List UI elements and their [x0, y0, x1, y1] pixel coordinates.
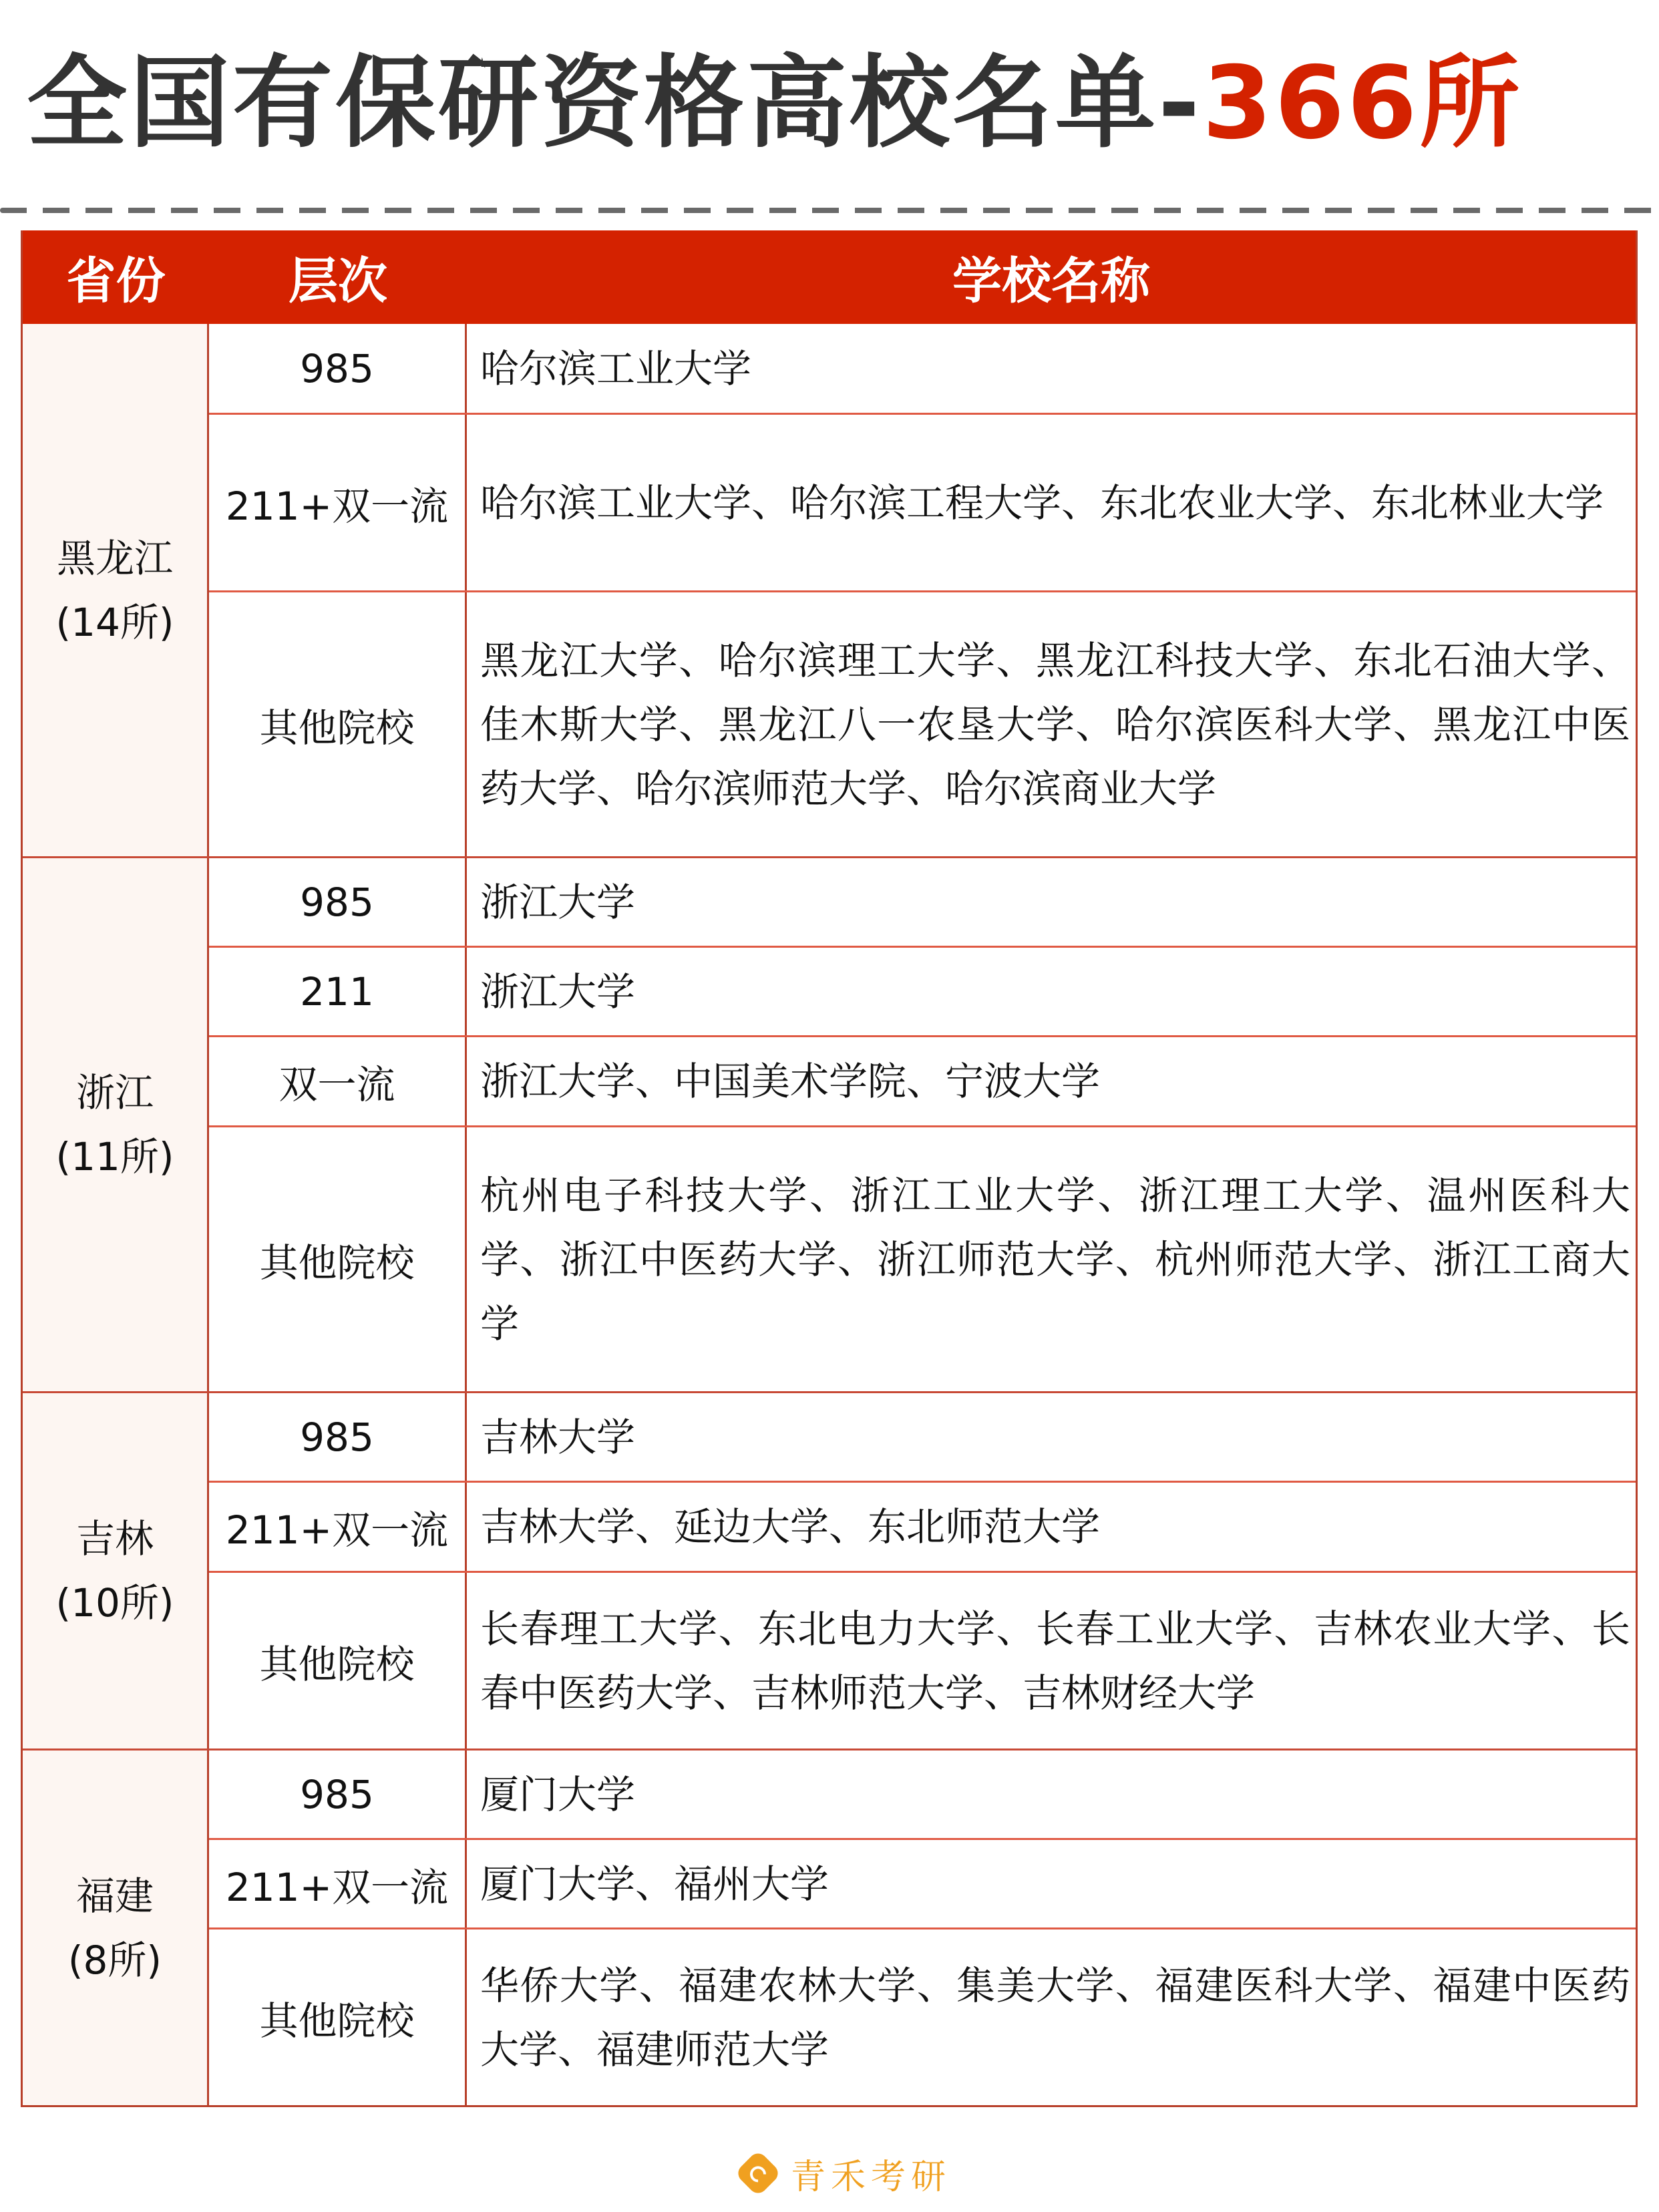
province-name: 黑龙江 [57, 526, 173, 590]
table-row: 其他院校 杭州电子科技大学、浙江工业大学、浙江理工大学、温州医科大学、浙江中医药… [209, 1125, 1636, 1391]
tier-label: 985 [209, 1750, 467, 1838]
province-group-fujian: 福建 (8所) 985 厦门大学 211+双一流 厦门大学、福州大学 其他院校 … [23, 1748, 1636, 2105]
school-list: 长春理工大学、东北电力大学、长春工业大学、吉林农业大学、长春中医药大学、吉林师范… [467, 1573, 1636, 1748]
table-row: 双一流 浙江大学、中国美术学院、宁波大学 [209, 1035, 1636, 1125]
school-names: 浙江大学、中国美术学院、宁波大学 [480, 1049, 1630, 1113]
tier-label: 211+双一流 [209, 1840, 467, 1927]
province-name: 福建 [76, 1864, 154, 1928]
title-main: 全国有保研资格高校名单- [27, 45, 1202, 162]
province-name: 浙江 [76, 1061, 154, 1125]
province-cell: 黑龙江 (14所) [23, 324, 209, 856]
school-names: 哈尔滨工业大学 [480, 337, 1630, 401]
table-row: 211+双一流 哈尔滨工业大学、哈尔滨工程大学、东北农业大学、东北林业大学 [209, 413, 1636, 590]
table-row: 985 厦门大学 [209, 1750, 1636, 1838]
school-list: 哈尔滨工业大学、哈尔滨工程大学、东北农业大学、东北林业大学 [467, 415, 1636, 590]
tier-label: 双一流 [209, 1037, 467, 1125]
school-names: 吉林大学、延边大学、东北师范大学 [480, 1495, 1630, 1559]
page-title: 全国有保研资格高校名单-366所 [27, 27, 1643, 180]
table-row: 211+双一流 吉林大学、延边大学、东北师范大学 [209, 1481, 1636, 1571]
school-list: 浙江大学 [467, 858, 1636, 946]
province-group-heilongjiang: 黑龙江 (14所) 985 哈尔滨工业大学 211+双一流 哈尔滨工业大学、哈尔… [23, 324, 1636, 856]
tier-label: 211+双一流 [209, 415, 467, 590]
school-list: 浙江大学、中国美术学院、宁波大学 [467, 1037, 1636, 1125]
school-list: 哈尔滨工业大学 [467, 324, 1636, 413]
province-group-jilin: 吉林 (10所) 985 吉林大学 211+双一流 吉林大学、延边大学、东北师范… [23, 1391, 1636, 1748]
school-list: 黑龙江大学、哈尔滨理工大学、黑龙江科技大学、东北石油大学、佳木斯大学、黑龙江八一… [467, 592, 1636, 856]
school-list: 厦门大学 [467, 1750, 1636, 1838]
school-names: 浙江大学 [480, 870, 1630, 934]
watermark: 青禾考研 [741, 2152, 951, 2195]
table-row: 其他院校 黑龙江大学、哈尔滨理工大学、黑龙江科技大学、东北石油大学、佳木斯大学、… [209, 590, 1636, 856]
school-list: 吉林大学 [467, 1393, 1636, 1481]
tier-list: 985 哈尔滨工业大学 211+双一流 哈尔滨工业大学、哈尔滨工程大学、东北农业… [209, 324, 1636, 856]
school-names: 长春理工大学、东北电力大学、长春工业大学、吉林农业大学、长春中医药大学、吉林师范… [480, 1597, 1630, 1725]
tier-list: 985 吉林大学 211+双一流 吉林大学、延边大学、东北师范大学 其他院校 长… [209, 1393, 1636, 1748]
university-table: 省份 层次 学校名称 黑龙江 (14所) 985 哈尔滨工业大学 211+双一流… [21, 230, 1638, 2107]
table-row: 985 哈尔滨工业大学 [209, 324, 1636, 413]
tier-list: 985 浙江大学 211 浙江大学 双一流 浙江大学、中国美术学院、宁波大学 其… [209, 858, 1636, 1391]
school-list: 厦门大学、福州大学 [467, 1840, 1636, 1927]
school-names: 哈尔滨工业大学、哈尔滨工程大学、东北农业大学、东北林业大学 [480, 471, 1630, 535]
header-tier: 层次 [209, 230, 467, 324]
school-names: 杭州电子科技大学、浙江工业大学、浙江理工大学、温州医科大学、浙江中医药大学、浙江… [480, 1163, 1630, 1356]
header-province: 省份 [23, 230, 209, 324]
province-count: (8所) [68, 1928, 162, 1992]
qinghe-logo-icon [735, 2150, 782, 2197]
watermark-text: 青禾考研 [791, 2149, 951, 2199]
table-row: 211 浙江大学 [209, 946, 1636, 1035]
table-row: 其他院校 华侨大学、福建农林大学、集美大学、福建医科大学、福建中医药大学、福建师… [209, 1927, 1636, 2105]
tier-label: 其他院校 [209, 592, 467, 856]
table-header: 省份 层次 学校名称 [23, 230, 1636, 324]
table-row: 其他院校 长春理工大学、东北电力大学、长春工业大学、吉林农业大学、长春中医药大学… [209, 1571, 1636, 1748]
school-names: 厦门大学 [480, 1763, 1630, 1827]
school-list: 杭州电子科技大学、浙江工业大学、浙江理工大学、温州医科大学、浙江中医药大学、浙江… [467, 1127, 1636, 1391]
table-row: 211+双一流 厦门大学、福州大学 [209, 1838, 1636, 1927]
school-names: 华侨大学、福建农林大学、集美大学、福建医科大学、福建中医药大学、福建师范大学 [480, 1954, 1630, 2082]
school-names: 浙江大学 [480, 960, 1630, 1024]
tier-label: 其他院校 [209, 1127, 467, 1391]
province-count: (14所) [55, 590, 174, 655]
school-names: 黑龙江大学、哈尔滨理工大学、黑龙江科技大学、东北石油大学、佳木斯大学、黑龙江八一… [480, 628, 1630, 821]
dashed-divider [0, 208, 1659, 213]
school-names: 吉林大学 [480, 1405, 1630, 1469]
school-names: 厦门大学、福州大学 [480, 1852, 1630, 1916]
tier-list: 985 厦门大学 211+双一流 厦门大学、福州大学 其他院校 华侨大学、福建农… [209, 1750, 1636, 2105]
province-count: (10所) [55, 1571, 174, 1635]
tier-label: 其他院校 [209, 1929, 467, 2105]
school-list: 吉林大学、延边大学、东北师范大学 [467, 1483, 1636, 1571]
table-row: 985 浙江大学 [209, 858, 1636, 946]
tier-label: 985 [209, 1393, 467, 1481]
tier-label: 211 [209, 948, 467, 1035]
province-count: (11所) [55, 1125, 174, 1189]
tier-label: 211+双一流 [209, 1483, 467, 1571]
province-cell: 福建 (8所) [23, 1750, 209, 2105]
table-row: 985 吉林大学 [209, 1393, 1636, 1481]
title-count: 366所 [1202, 45, 1522, 162]
province-group-zhejiang: 浙江 (11所) 985 浙江大学 211 浙江大学 双一流 浙江大学、中国美术… [23, 856, 1636, 1391]
province-cell: 浙江 (11所) [23, 858, 209, 1391]
school-list: 浙江大学 [467, 948, 1636, 1035]
tier-label: 985 [209, 324, 467, 413]
province-name: 吉林 [76, 1507, 154, 1571]
province-cell: 吉林 (10所) [23, 1393, 209, 1748]
tier-label: 其他院校 [209, 1573, 467, 1748]
tier-label: 985 [209, 858, 467, 946]
school-list: 华侨大学、福建农林大学、集美大学、福建医科大学、福建中医药大学、福建师范大学 [467, 1929, 1636, 2105]
header-school-name: 学校名称 [467, 230, 1636, 324]
